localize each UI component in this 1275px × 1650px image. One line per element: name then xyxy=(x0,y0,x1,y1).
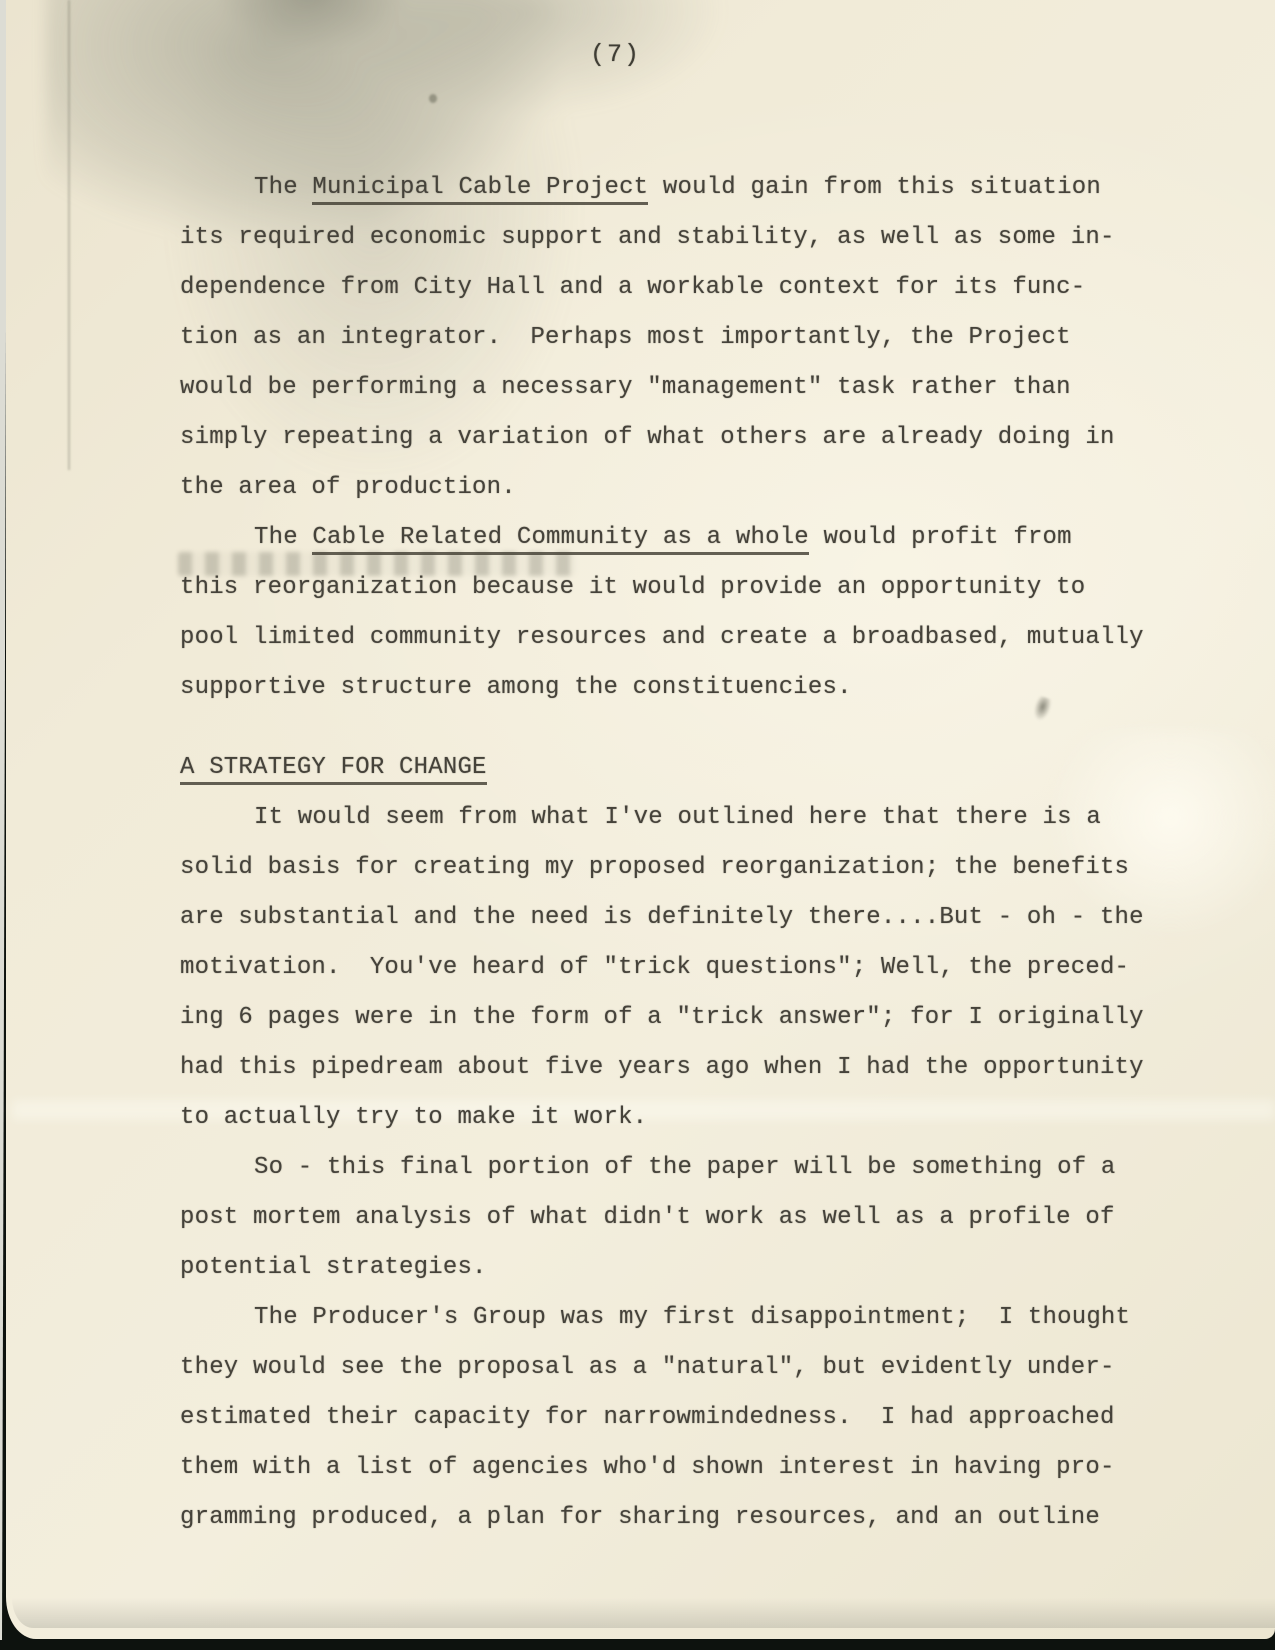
text-segment: potential strategies. xyxy=(180,1254,487,1281)
text-line: ing 6 pages were in the form of a "trick… xyxy=(180,993,1140,1043)
text-line: post mortem analysis of what didn't work… xyxy=(180,1193,1140,1243)
text-line: The Municipal Cable Project would gain f… xyxy=(180,163,1140,213)
text-segment: post mortem analysis of what didn't work… xyxy=(180,1204,1115,1231)
text-line: The Producer's Group was my first disapp… xyxy=(180,1293,1140,1343)
text-segment: dependence from City Hall and a workable… xyxy=(180,274,1085,301)
text-line: they would see the proposal as a "natura… xyxy=(180,1343,1140,1393)
text-line: potential strategies. xyxy=(180,1243,1140,1293)
text-segment: would be performing a necessary "managem… xyxy=(180,374,1071,401)
ink-speck xyxy=(429,94,437,103)
text-segment: they would see the proposal as a "natura… xyxy=(180,1354,1115,1381)
text-segment: gramming produced, a plan for sharing re… xyxy=(180,1504,1100,1531)
text-line: the area of production. xyxy=(180,463,1140,513)
underlined-text: A STRATEGY FOR CHANGE xyxy=(180,754,487,785)
text-segment: The xyxy=(254,524,312,551)
text-line: solid basis for creating my proposed reo… xyxy=(180,843,1140,893)
text-line: tion as an integrator. Perhaps most impo… xyxy=(180,313,1140,363)
text-segment: this reorganization because it would pro… xyxy=(180,574,1085,601)
text-line: had this pipedream about five years ago … xyxy=(180,1043,1140,1093)
text-line: this reorganization because it would pro… xyxy=(180,563,1140,613)
text-line: motivation. You've heard of "trick quest… xyxy=(180,943,1140,993)
underlined-text: Cable Related Community as a whole xyxy=(312,524,808,555)
text-line: dependence from City Hall and a workable… xyxy=(180,263,1140,313)
paper-bottom-shadow xyxy=(12,1598,1275,1628)
text-segment: pool limited community resources and cre… xyxy=(180,624,1144,651)
paper-crease-line xyxy=(68,0,70,470)
text-segment: The Producer's Group was my first disapp… xyxy=(254,1304,1130,1331)
text-segment: to actually try to make it work. xyxy=(180,1104,647,1131)
text-line: So - this final portion of the paper wil… xyxy=(180,1143,1140,1193)
text-line: to actually try to make it work. xyxy=(180,1093,1140,1143)
text-line: gramming produced, a plan for sharing re… xyxy=(180,1493,1140,1543)
text-segment: motivation. You've heard of "trick quest… xyxy=(180,954,1129,981)
text-segment: them with a list of agencies who'd shown… xyxy=(180,1454,1115,1481)
text-line: The Cable Related Community as a whole w… xyxy=(180,513,1140,563)
text-segment: ing 6 pages were in the form of a "trick… xyxy=(180,1004,1144,1031)
text-segment: the area of production. xyxy=(180,474,516,501)
page-number: (7) xyxy=(0,40,1253,69)
text-block: The Municipal Cable Project would gain f… xyxy=(180,163,1140,1543)
text-segment: are substantial and the need is definite… xyxy=(180,904,1144,931)
text-segment: supportive structure among the constitue… xyxy=(180,674,852,701)
text-line: are substantial and the need is definite… xyxy=(180,893,1140,943)
text-line: pool limited community resources and cre… xyxy=(180,613,1140,663)
text-segment: would profit from xyxy=(809,524,1072,551)
text-segment: simply repeating a variation of what oth… xyxy=(180,424,1115,451)
text-line: simply repeating a variation of what oth… xyxy=(180,413,1140,463)
text-line: its required economic support and stabil… xyxy=(180,213,1140,263)
text-segment: The xyxy=(254,174,312,201)
text-segment: It would seem from what I've outlined he… xyxy=(254,804,1101,831)
text-segment: solid basis for creating my proposed reo… xyxy=(180,854,1129,881)
text-line: would be performing a necessary "managem… xyxy=(180,363,1140,413)
text-line: supportive structure among the constitue… xyxy=(180,663,1140,713)
text-segment: estimated their capacity for narrowminde… xyxy=(180,1404,1115,1431)
text-segment: had this pipedream about five years ago … xyxy=(180,1054,1144,1081)
text-line: estimated their capacity for narrowminde… xyxy=(180,1393,1140,1443)
text-segment: would gain from this situation xyxy=(648,174,1101,201)
section-heading: A STRATEGY FOR CHANGE xyxy=(180,743,1140,793)
text-line: them with a list of agencies who'd shown… xyxy=(180,1443,1140,1493)
scan-background: { "page": { "number_label": "(7)", "pape… xyxy=(0,0,1275,1650)
text-line: It would seem from what I've outlined he… xyxy=(180,793,1140,843)
text-segment: its required economic support and stabil… xyxy=(180,224,1115,251)
underlined-text: Municipal Cable Project xyxy=(312,174,648,205)
text-segment: So - this final portion of the paper wil… xyxy=(254,1154,1116,1181)
text-segment: tion as an integrator. Perhaps most impo… xyxy=(180,324,1071,351)
